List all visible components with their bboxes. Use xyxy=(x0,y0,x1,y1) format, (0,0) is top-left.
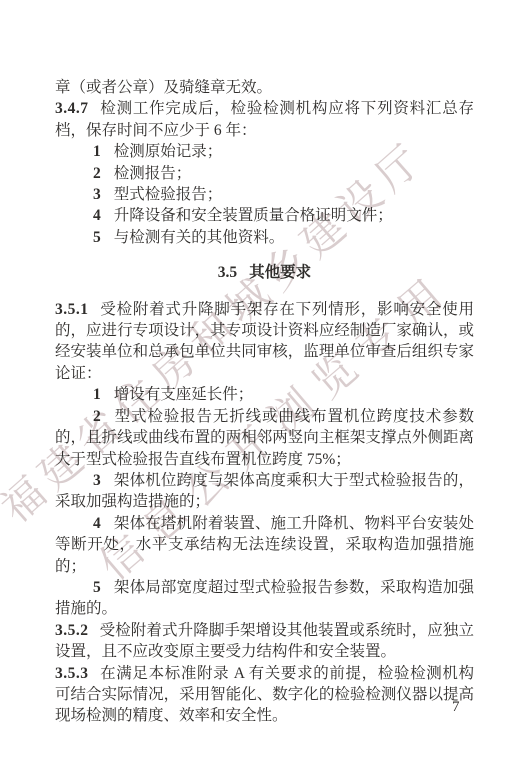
clause-paragraph-number: 3.5.3 xyxy=(55,665,89,682)
list-item-text: 架体在塔机附着装置、施工升降机、物料平台安装处等断开处，水平支承结构无法连续设置… xyxy=(55,515,474,575)
list-item-number: 1 xyxy=(93,143,101,160)
list-item-text: 检测报告； xyxy=(114,165,192,182)
list-item: 4升降设备和安全装置质量合格证明文件； xyxy=(55,205,474,226)
list-item-text: 架体局部宽度超过型式检验报告参数，采取构造加强措施的。 xyxy=(55,579,474,617)
list-item-number: 4 xyxy=(93,515,101,532)
clause-paragraph-text: 受检附着式升降脚手架存在下列情形，影响安全使用的，应进行专项设计，其专项设计资料… xyxy=(55,301,474,382)
list-item-number: 3 xyxy=(93,472,101,489)
page-number: 7 xyxy=(452,699,460,716)
document-body: 章（或者公章）及骑缝章无效。3.4.7检测工作完成后，检验检测机构应将下列资料汇… xyxy=(55,77,474,727)
clause-paragraph: 3.5.3在满足本标准附录 A 有关要求的前提，检验检测机构可结合实际情况，采用… xyxy=(55,663,474,727)
list-item-number: 5 xyxy=(93,579,101,596)
list-item-number: 3 xyxy=(93,186,101,203)
document-page: 福建省住房和城乡建设厅 信息公开浏览专用 章（或者公章）及骑缝章无效。3.4.7… xyxy=(0,0,529,767)
section-heading: 3.5其他要求 xyxy=(55,262,474,283)
list-item: 1检测原始记录； xyxy=(55,141,474,162)
list-item-number: 4 xyxy=(93,207,101,224)
list-item: 2型式检验报告无折线或曲线布置机位跨度技术参数的，且折线或曲线布置的两相邻两竖向… xyxy=(55,406,474,470)
list-item: 1增设有支座延长件； xyxy=(55,384,474,405)
list-item-text: 检测原始记录； xyxy=(114,143,223,160)
clause-paragraph: 3.5.2受检附着式升降脚手架增设其他装置或系统时，应独立设置，且不应改变原主要… xyxy=(55,620,474,663)
list-item-number: 5 xyxy=(93,229,101,246)
paragraph: 章（或者公章）及骑缝章无效。 xyxy=(55,77,474,98)
clause-paragraph: 3.4.7检测工作完成后，检验检测机构应将下列资料汇总存档，保存时间不应少于 6… xyxy=(55,98,474,141)
list-item-number: 2 xyxy=(93,165,101,182)
list-item-text: 增设有支座延长件； xyxy=(114,386,254,403)
list-item: 5架体局部宽度超过型式检验报告参数，采取构造加强措施的。 xyxy=(55,577,474,620)
clause-paragraph-number: 3.4.7 xyxy=(55,100,89,117)
list-item-text: 升降设备和安全装置质量合格证明文件； xyxy=(114,207,393,224)
list-item: 3型式检验报告； xyxy=(55,184,474,205)
list-item: 3架体机位跨度与架体高度乘积大于型式检验报告的，采取加强构造措施的； xyxy=(55,470,474,513)
clause-paragraph-number: 3.5.2 xyxy=(55,622,89,639)
list-item: 4架体在塔机附着装置、施工升降机、物料平台安装处等断开处，水平支承结构无法连续设… xyxy=(55,513,474,577)
clause-paragraph-text: 检测工作完成后，检验检测机构应将下列资料汇总存档，保存时间不应少于 6 年： xyxy=(55,100,474,138)
clause-paragraph-number: 3.5.1 xyxy=(55,301,89,318)
list-item-number: 1 xyxy=(93,386,101,403)
list-item: 5与检测有关的其他资料。 xyxy=(55,227,474,248)
list-item-text: 型式检验报告无折线或曲线布置机位跨度技术参数的，且折线或曲线布置的两相邻两竖向主… xyxy=(55,408,474,468)
list-item: 2检测报告； xyxy=(55,163,474,184)
section-heading-title: 其他要求 xyxy=(249,264,311,281)
paragraph-text: 章（或者公章）及骑缝章无效。 xyxy=(55,79,272,96)
section-heading-number: 3.5 xyxy=(218,264,237,281)
list-item-text: 与检测有关的其他资料。 xyxy=(114,229,285,246)
clause-paragraph-text: 受检附着式升降脚手架增设其他装置或系统时，应独立设置，且不应改变原主要受力结构件… xyxy=(55,622,474,660)
list-item-number: 2 xyxy=(93,408,101,425)
clause-paragraph-text: 在满足本标准附录 A 有关要求的前提，检验检测机构可结合实际情况，采用智能化、数… xyxy=(55,665,474,725)
list-item-text: 架体机位跨度与架体高度乘积大于型式检验报告的，采取加强构造措施的； xyxy=(55,472,474,510)
list-item-text: 型式检验报告； xyxy=(114,186,223,203)
clause-paragraph: 3.5.1受检附着式升降脚手架存在下列情形，影响安全使用的，应进行专项设计，其专… xyxy=(55,299,474,385)
